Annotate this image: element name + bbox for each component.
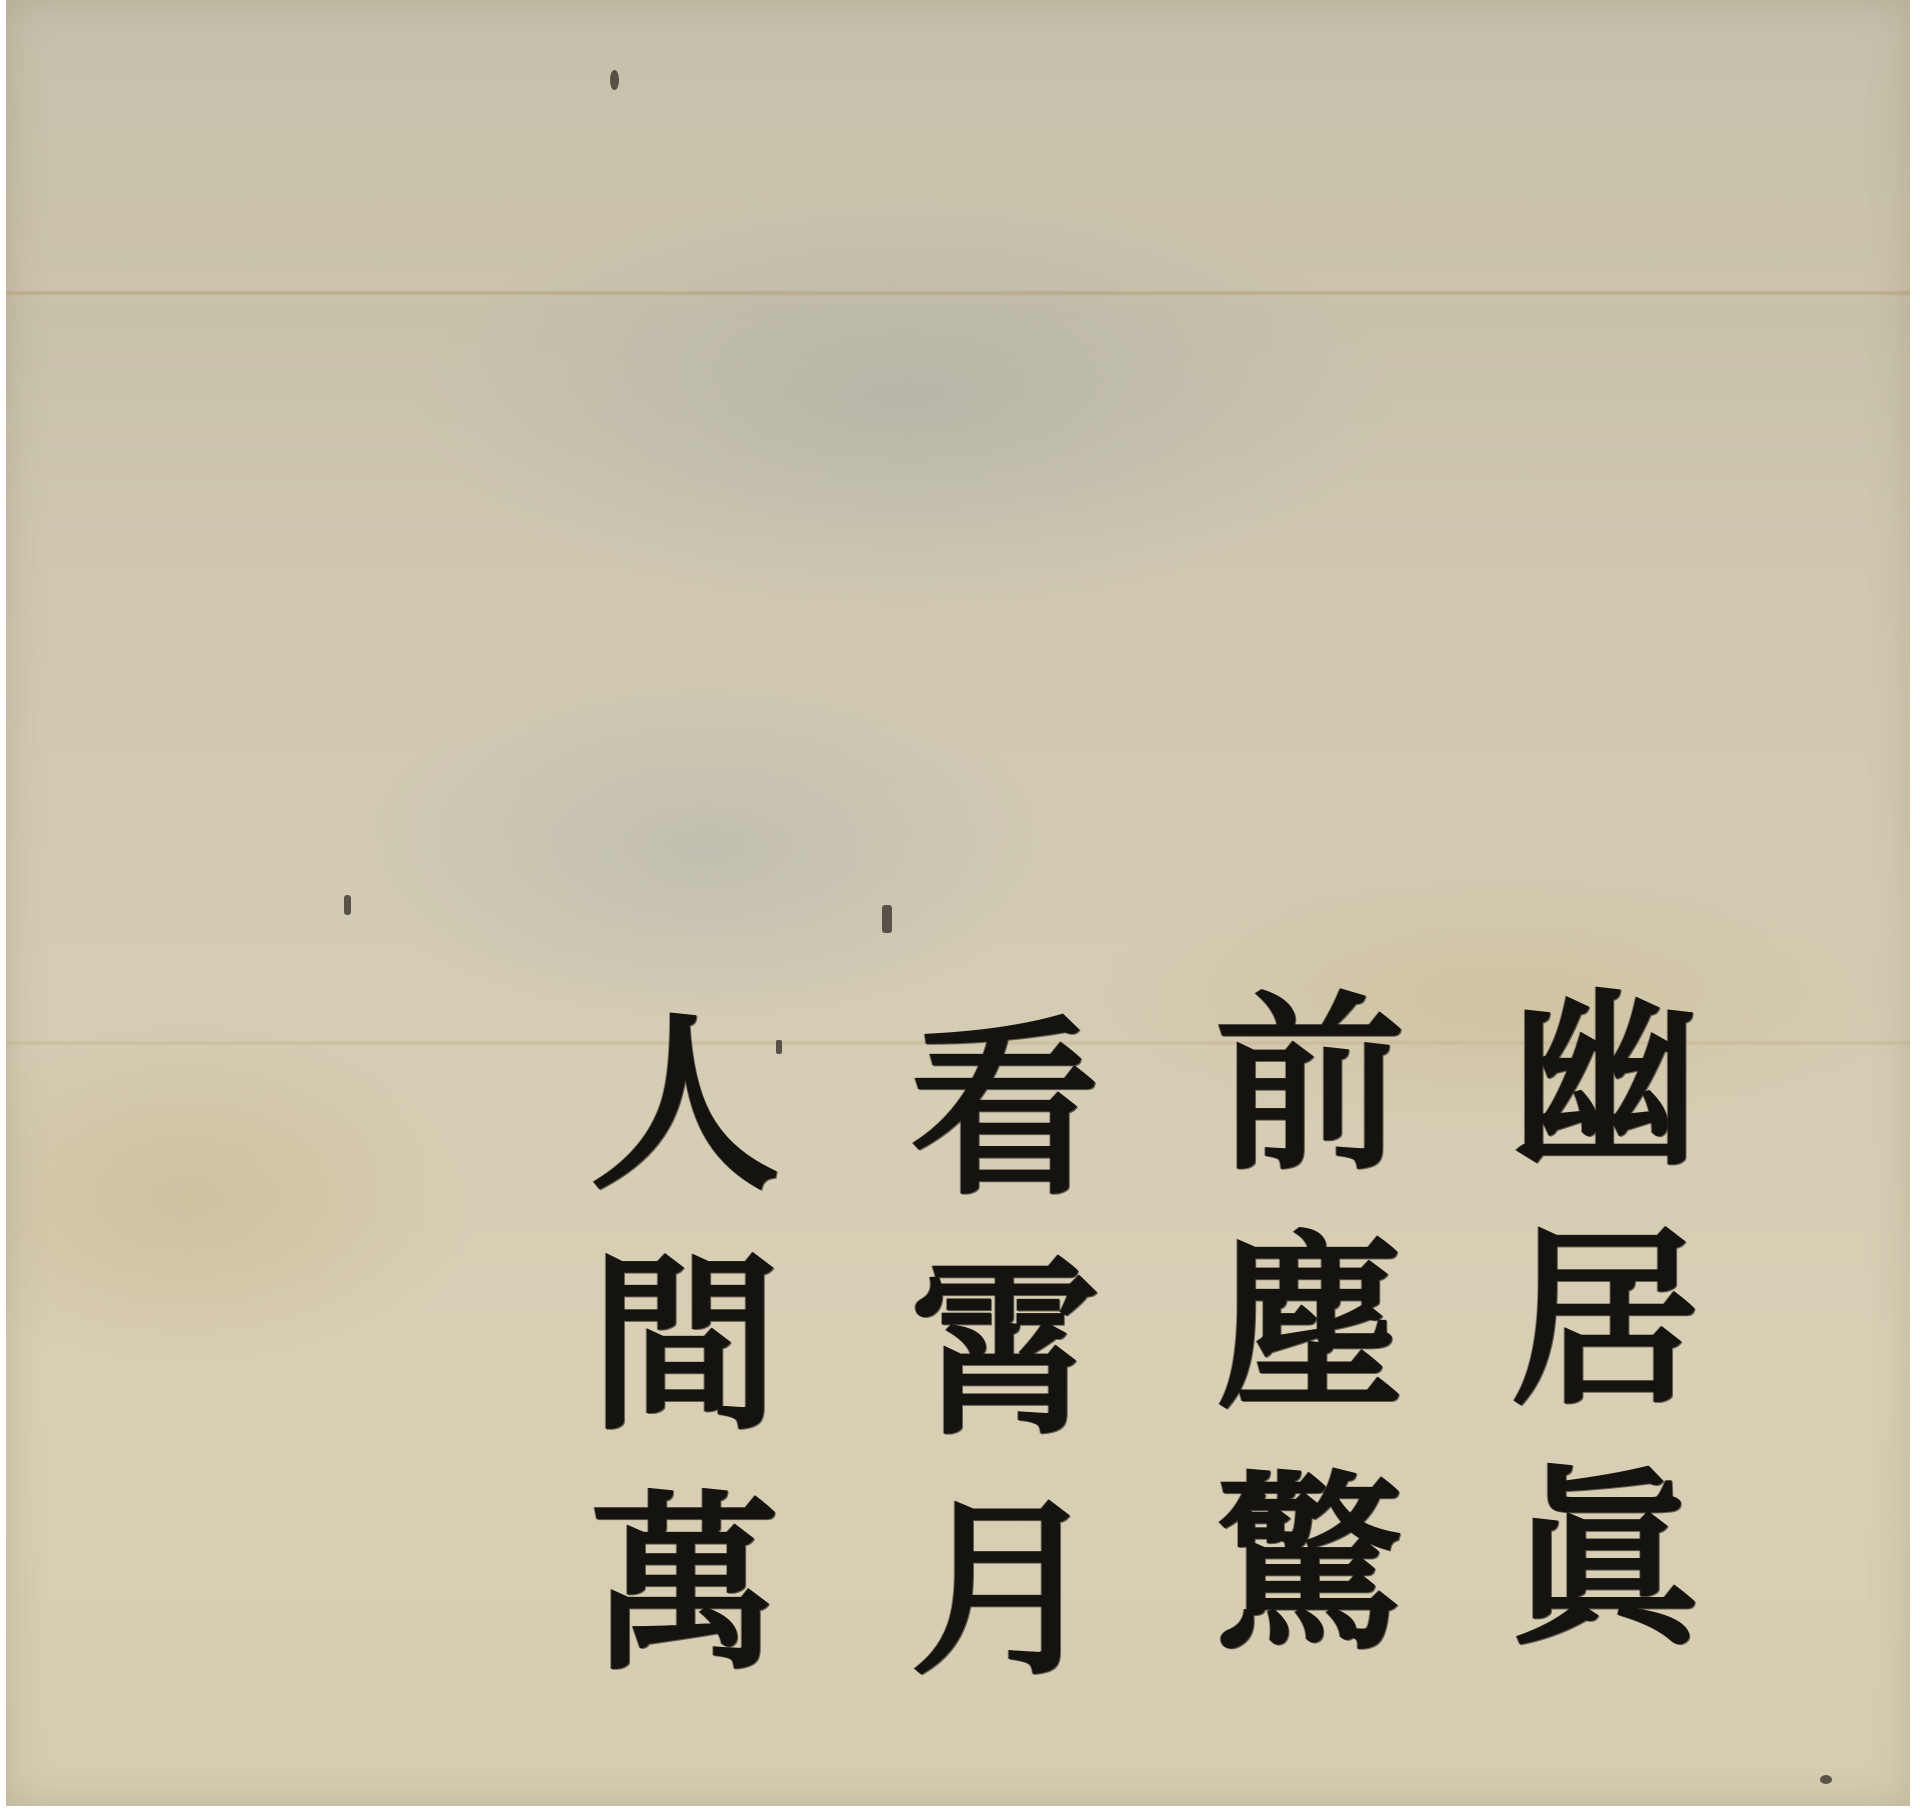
calligraphy-column-3: 看 霄 月	[910, 990, 1100, 1710]
ink-speck	[882, 905, 892, 933]
calligraphy-character: 眞	[1510, 1440, 1700, 1680]
calligraphy-character: 萬	[590, 1465, 780, 1705]
calligraphy-character: 月	[910, 1470, 1100, 1710]
calligraphy-character: 間	[590, 1225, 780, 1465]
calligraphy-column-1: 幽 居 眞	[1510, 960, 1700, 1680]
calligraphy-character: 看	[910, 990, 1100, 1230]
ink-speck	[610, 70, 619, 90]
calligraphy-character: 驚	[1215, 1445, 1405, 1685]
calligraphy-character: 居	[1510, 1200, 1700, 1440]
calligraphy-character: 人	[590, 985, 780, 1225]
fold-stain-line	[6, 290, 1910, 296]
calligraphy-character: 前	[1215, 965, 1405, 1205]
ink-speck	[344, 895, 351, 915]
calligraphy-character: 塵	[1215, 1205, 1405, 1445]
calligraphy-character: 幽	[1510, 960, 1700, 1200]
calligraphy-column-2: 前 塵 驚	[1215, 965, 1405, 1685]
calligraphy-character: 霄	[910, 1230, 1100, 1470]
ink-speck	[1820, 1775, 1832, 1784]
calligraphy-column-4: 人 間 萬	[590, 985, 780, 1705]
